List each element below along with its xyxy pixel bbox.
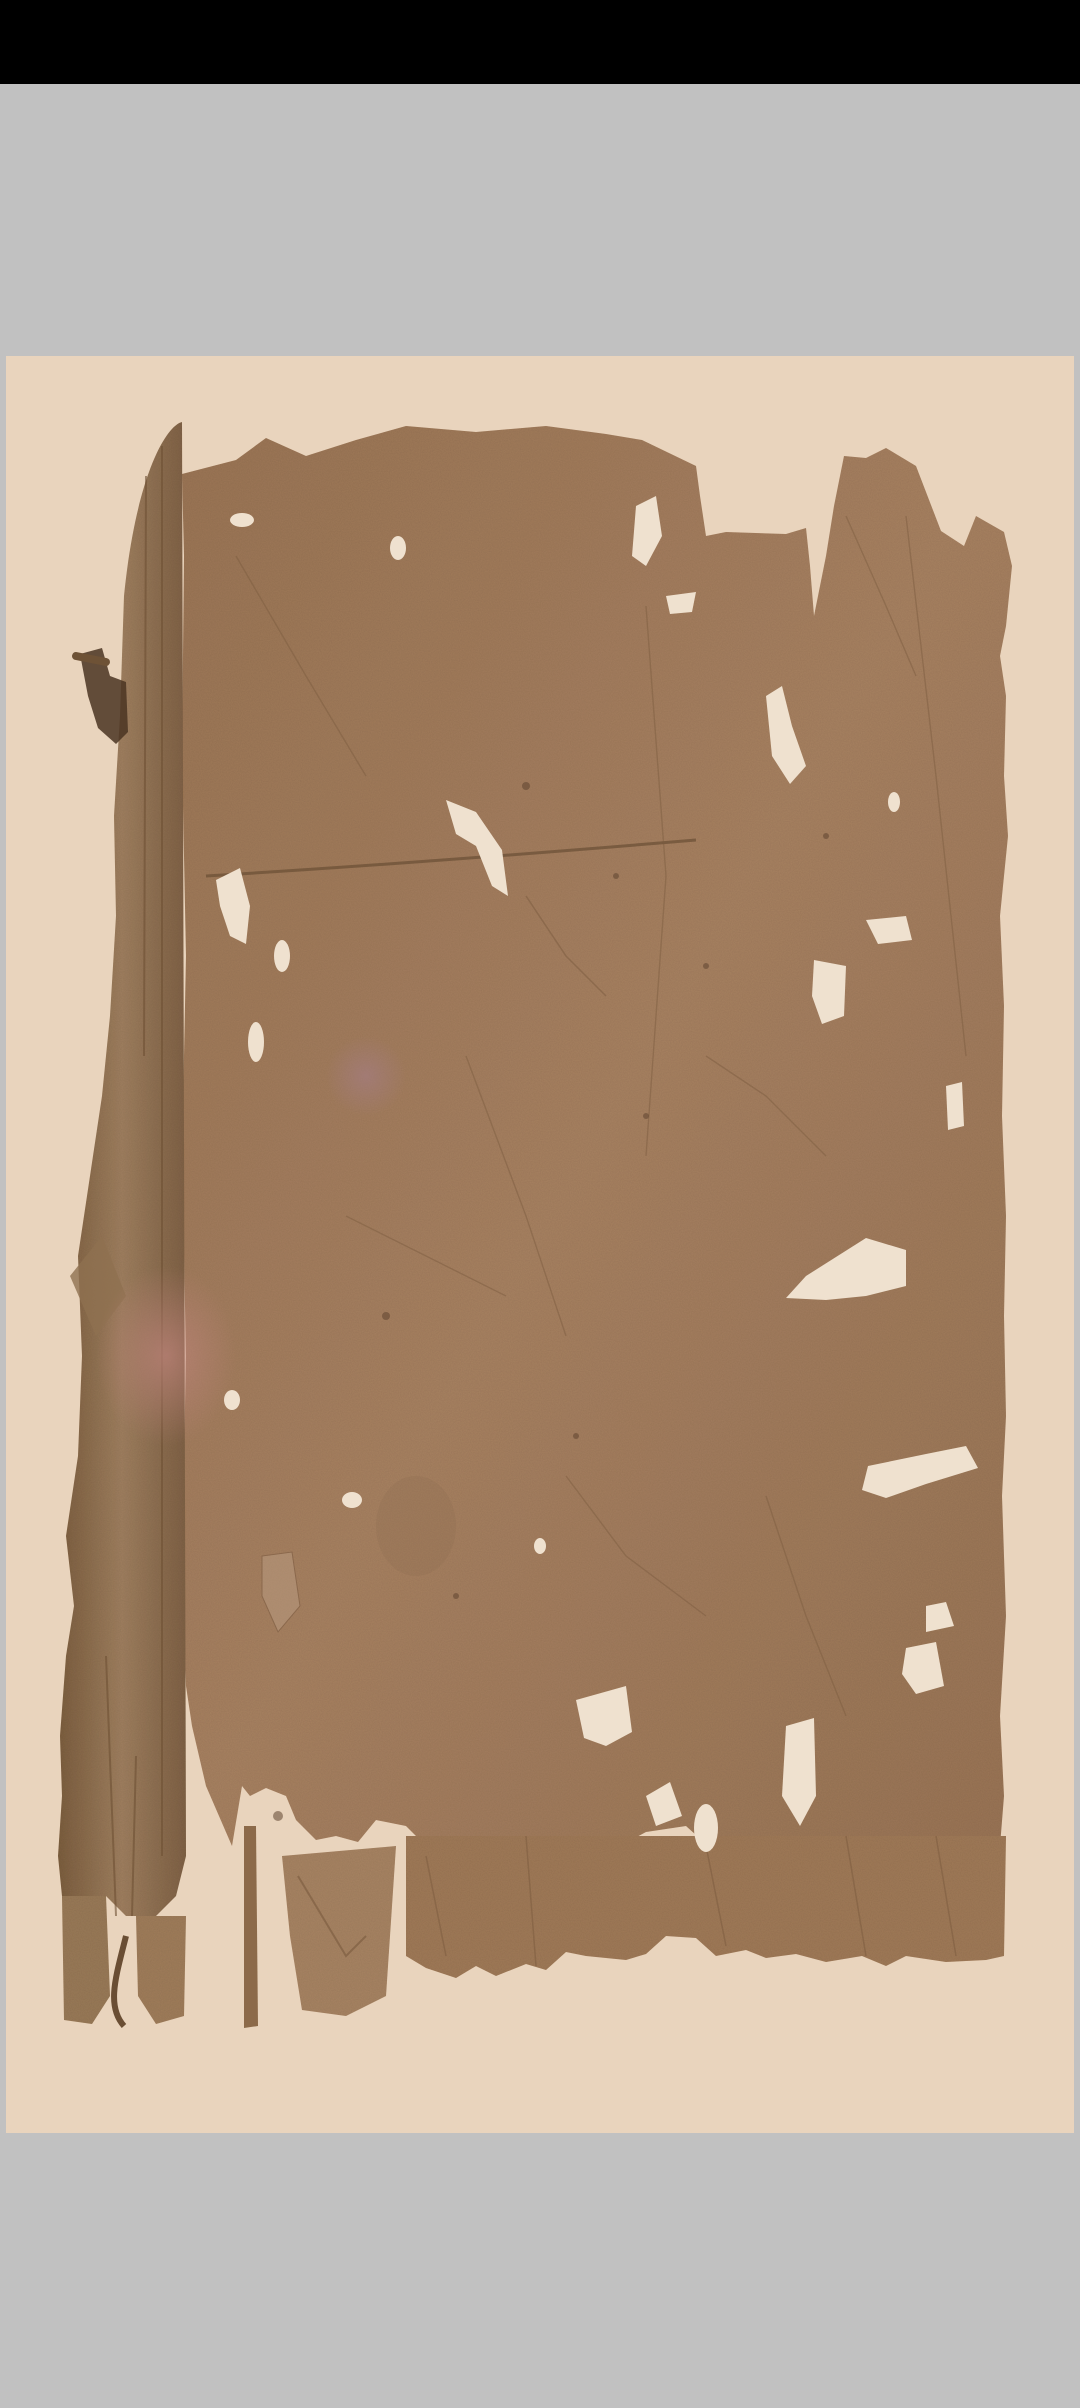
artifact-body xyxy=(182,426,1012,1850)
folded-flap xyxy=(282,1846,396,2016)
bottom-fringe xyxy=(406,1836,1006,1978)
strip-thin xyxy=(244,1826,258,2028)
artifact-illustration xyxy=(6,356,1074,2133)
purple-stain xyxy=(326,1036,406,1116)
artifact-spine xyxy=(58,422,186,1916)
strip-loop xyxy=(114,1936,126,2026)
strip-right xyxy=(136,1916,186,2024)
status-bar xyxy=(0,0,1080,84)
red-stain xyxy=(96,1266,236,1446)
strip-left xyxy=(62,1896,110,2024)
artifact-photo[interactable] xyxy=(6,356,1074,2133)
